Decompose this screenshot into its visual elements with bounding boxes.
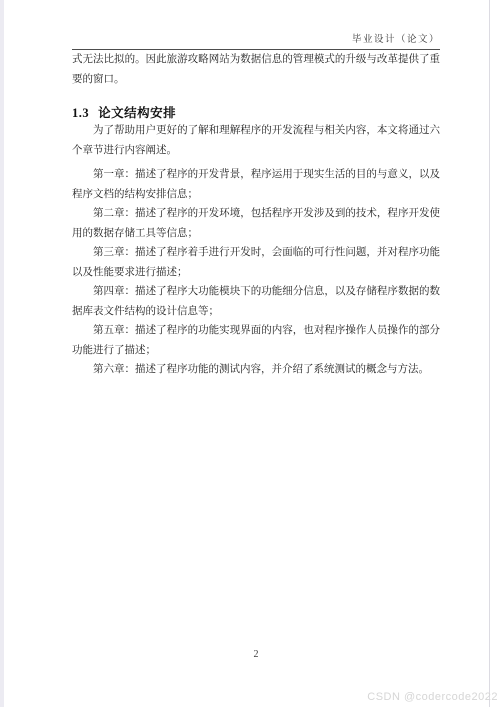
section-number: 1.3 [72, 106, 89, 120]
chapter-paragraph: 第六章：描述了程序功能的测试内容，并介绍了系统测试的概念与方法。 [72, 360, 440, 380]
page-content: 毕业设计（论文） 式无法比拟的。因此旅游攻略网站为数据信息的管理模式的升级与改革… [72, 0, 440, 380]
chapter-paragraph: 第三章：描述了程序着手进行开发时，会面临的可行性问题，并对程序功能以及性能要求进… [72, 243, 440, 282]
page-right-edge [489, 0, 490, 707]
continuation-paragraph: 式无法比拟的。因此旅游攻略网站为数据信息的管理模式的升级与改革提供了重要的窗口。 [72, 50, 440, 89]
section-heading: 1.3论文结构安排 [72, 103, 440, 121]
intro-paragraph: 为了帮助用户更好的了解和理解程序的开发流程与相关内容，本文将通过六个章节进行内容… [72, 121, 440, 160]
chapter-paragraph: 第五章：描述了程序的功能实现界面的内容，也对程序操作人员操作的部分功能进行了描述… [72, 321, 440, 360]
page-number: 2 [72, 649, 440, 660]
page-left-edge [0, 0, 4, 707]
document-page: 毕业设计（论文） 式无法比拟的。因此旅游攻略网站为数据信息的管理模式的升级与改革… [0, 0, 500, 707]
chapter-paragraph: 第四章：描述了程序大功能模块下的功能细分信息，以及存储程序数据的数据库表文件结构… [72, 282, 440, 321]
csdn-watermark: CSDN @codercode2022 [367, 691, 498, 703]
chapter-paragraph: 第一章：描述了程序的开发背景，程序运用于现实生活的目的与意义，以及程序文档的结构… [72, 165, 440, 204]
chapter-paragraph: 第二章：描述了程序的开发环境，包括程序开发涉及到的技术，程序开发使用的数据存储工… [72, 204, 440, 243]
running-header: 毕业设计（论文） [72, 31, 440, 45]
chapter-list: 第一章：描述了程序的开发背景，程序运用于现实生活的目的与意义，以及程序文档的结构… [72, 165, 440, 380]
section-title: 论文结构安排 [98, 106, 176, 120]
